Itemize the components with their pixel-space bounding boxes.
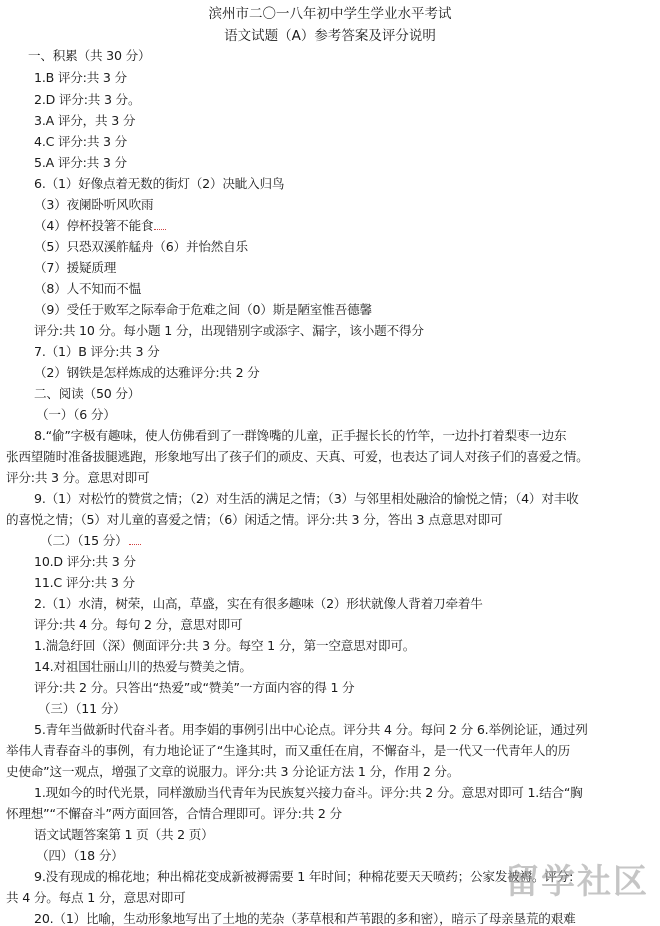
answer-line: 2.（1）水清，树荣，山高，草盛，实在有很多趣味（2）形状就像人背着刀牵着牛 bbox=[34, 594, 483, 614]
answer-line: （8）人不知而不愠 bbox=[34, 279, 141, 299]
subsection-heading: （一）（6 分） bbox=[36, 405, 116, 425]
answer-line: 4.C 评分:共 3 分 bbox=[34, 132, 127, 152]
watermark-logo: 留学社区 bbox=[505, 862, 660, 902]
answer-line: 20.（1）比喻，生动形象地写出了土地的芜杂（茅草根和芦苇跟的多和密），暗示了母… bbox=[34, 909, 575, 926]
answer-line: 1.现如今的时代光景，同样激励当代青年为民族复兴接力奋斗。评分:共 2 分。意思… bbox=[34, 783, 583, 803]
answer-line: 8.“偷”字极有趣味，使人仿佛看到了一群馋嘴的儿童，正手握长长的竹竿，一边扑打着… bbox=[34, 426, 566, 446]
answer-line: 怀理想”“不懈奋斗”两方面回答，合情合理即可。评分:共 2 分 bbox=[6, 804, 342, 824]
scoring-note: 评分:共 2 分。只答出“热爱”或“赞美”一方面内容的得 1 分 bbox=[34, 678, 354, 698]
page-footer: 语文试题答案第 1 页（共 2 页） bbox=[34, 825, 214, 845]
subsection-heading: （二）（15 分） bbox=[40, 531, 141, 551]
scoring-note: 评分:共 4 分。每句 2 分，意思对即可 bbox=[34, 615, 242, 635]
answer-line: 7.（1）B 评分:共 3 分 bbox=[34, 342, 160, 362]
answer-line: 6.（1）好像点着无数的街灯（2）决眦入归鸟 bbox=[34, 174, 284, 194]
answer-line: （7）援疑质理 bbox=[34, 258, 116, 278]
answer-line: 3.A 评分，共 3 分 bbox=[34, 111, 135, 131]
document-title: 滨州市二〇一八年初中学生学业水平考试 bbox=[0, 4, 660, 24]
answer-line: （9）受任于败军之际奉命于危难之间（0）斯是陋室惟吾德馨 bbox=[34, 300, 372, 320]
document-subtitle: 语文试题（A）参考答案及评分说明 bbox=[0, 26, 660, 46]
answer-line: （2）钢铁是怎样炼成的达雅评分:共 2 分 bbox=[34, 363, 260, 383]
answer-line: （3）夜阑卧听风吹雨 bbox=[34, 195, 153, 215]
answer-line: 1.B 评分:共 3 分 bbox=[34, 68, 127, 88]
subsection-heading: （四）（18 分） bbox=[36, 846, 124, 866]
answer-text: （4）停杯投箸不能食 bbox=[34, 218, 153, 233]
answer-line: （5）只恐双溪舴艋舟（6）并怡然自乐 bbox=[34, 237, 248, 257]
section-heading: 二、阅读（50 分） bbox=[34, 384, 140, 404]
subsection-text: （二）（15 分） bbox=[40, 533, 128, 548]
spellcheck-squiggle-icon bbox=[154, 223, 166, 230]
answer-line: 2.D 评分:共 3 分。 bbox=[34, 90, 140, 110]
answer-line: 举伟人青春奋斗的事例，有力地论证了“生逢其时，而又重任在肩，不懈奋斗，是一代又一… bbox=[6, 741, 570, 761]
scoring-note: 评分:共 3 分。意思对即可 bbox=[6, 468, 149, 488]
answer-line: 5.A 评分:共 3 分 bbox=[34, 153, 127, 173]
answer-line: 9.（1）对松竹的赞赏之情；（2）对生活的满足之情；（3）与邻里相处融洽的愉悦之… bbox=[34, 489, 579, 509]
answer-line: 11.C 评分:共 3 分 bbox=[34, 573, 135, 593]
answer-line: 1.湍急纡回（深）侧面评分:共 3 分。每空 1 分，第一空意思对即可。 bbox=[34, 636, 415, 656]
subsection-heading: （三）（11 分） bbox=[38, 699, 126, 719]
scoring-note: 评分:共 10 分。每小题 1 分，出现错别字或添字、漏字，该小题不得分 bbox=[34, 321, 424, 341]
answer-line: 史使命”这一观点，增强了文章的说服力。评分:共 3 分论证方法 1 分，作用 2… bbox=[6, 762, 459, 782]
section-heading: 一、积累（共 30 分） bbox=[28, 46, 150, 66]
spellcheck-squiggle-icon bbox=[129, 538, 141, 545]
answer-line: 14.对祖国壮丽山川的热爱与赞美之情。 bbox=[34, 657, 252, 677]
scoring-note: 共 4 分。每点 1 分，意思对即可 bbox=[6, 888, 186, 908]
answer-line: 张西望随时准备拔腿逃跑，形象地写出了孩子们的顽皮、天真、可爱，也表达了词人对孩子… bbox=[6, 447, 589, 467]
answer-line: 10.D 评分:共 3 分 bbox=[34, 552, 136, 572]
answer-key-page: 滨州市二〇一八年初中学生学业水平考试 语文试题（A）参考答案及评分说明 一、积累… bbox=[0, 0, 660, 926]
answer-line: （4）停杯投箸不能食 bbox=[34, 216, 166, 236]
answer-line: 的喜悦之情；（5）对儿童的喜爱之情；（6）闲适之情。评分:共 3 分，答出 3 … bbox=[6, 510, 502, 530]
answer-line: 9.没有现成的棉花地；种出棉花变成新被褥需要 1 年时间；种棉花要天天喷药；公家… bbox=[34, 867, 573, 887]
answer-line: 5.青年当做新时代奋斗者。用李娟的事例引出中心论点。评分共 4 分。每问 2 分… bbox=[34, 720, 588, 740]
